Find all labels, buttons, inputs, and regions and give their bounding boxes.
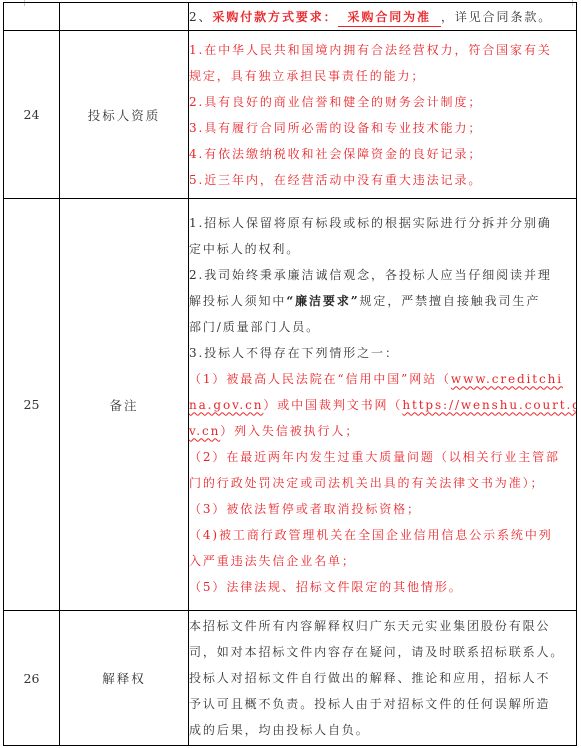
row-number-cell: 24: [4, 31, 60, 199]
remark-line: 部门/质量部门人员。: [189, 314, 576, 340]
exclusion-text: ）或中国裁判文书网（: [263, 398, 402, 412]
remark-line: 2.我司始终秉承廉洁诚信观念，各投标人应当仔细阅读并理: [189, 262, 576, 288]
row-label-cell: 备注: [60, 199, 189, 611]
remark-text: 解投标人须知中: [189, 294, 286, 308]
bid-requirements-table: 2、采购付款方式要求：采购合同为准，详见合同条款。 24 投标人资质 1.在中华…: [3, 2, 577, 746]
exclusion-line: （4)被工商行政管理机关在全国企业信用信息公示系统中列: [189, 522, 576, 548]
interpretation-line: 投标人对招标文件自行做出的解释、推论和应用，招标人不: [189, 665, 576, 691]
integrity-requirement-emphasis: “廉洁要求”: [286, 294, 359, 308]
qualification-line: 规定，具有独立承担民事责任的能力；: [189, 63, 576, 89]
remark-line: 定中标人的权利。: [189, 236, 576, 262]
qualification-line: 2.具有良好的商业信誉和健全的财务会计制度；: [189, 89, 576, 115]
table-row-25: 25 备注 1.招标人保留将原有标段或标的根据实际进行分拆并分别确 定中标人的权…: [4, 199, 577, 611]
interpretation-line: 本招标文件所有内容解释权归广东天元实业集团股份有限公: [189, 613, 576, 639]
exclusion-line: na.gov.cn）或中国裁判文书网（https://wenshu.court.…: [189, 392, 576, 418]
exclusion-line: v.cn）列入失信被执行人；: [189, 418, 576, 444]
row-number-cell: [4, 3, 60, 31]
interpretation-line: 予认可且概不负责。投标人由于对招标文件的任何误解所造: [189, 691, 576, 717]
bidder-qualification-content: 1.在中华人民共和国境内拥有合法经营权力，符合国家有关 规定，具有独立承担民事责…: [189, 31, 577, 199]
remark-line: 解投标人须知中“廉洁要求”规定，严禁擅自接触我司生产: [189, 288, 576, 314]
exclusion-line: （3）被依法暂停或者取消投标资格；: [189, 496, 576, 522]
exclusion-line: 入严重违法失信企业名单；: [189, 548, 576, 574]
qualification-line: 4.有依法缴纳税收和社会保障资金的良好记录；: [189, 141, 576, 167]
exclusion-line: （5）法律法规、招标文件限定的其他情形。: [189, 574, 576, 600]
exclusion-line: （1）被最高人民法院在“信用中国”网站（www.creditchi: [189, 366, 576, 392]
exclusion-text: （1）被最高人民法院在“信用中国”网站（: [189, 372, 451, 386]
row-number-cell: 25: [4, 199, 60, 611]
payment-terms-label: 采购付款方式要求：: [212, 10, 337, 24]
wenshu-url[interactable]: https://wenshu.court.go: [402, 398, 576, 412]
exclusion-line: （2）在最近两年内发生过重大质量问题（以相关行业主管部: [189, 444, 576, 470]
row-number-cell: 26: [4, 611, 60, 746]
interpretation-line: 司，如对本招标文件内容存在疑问，请及时联系招标联系人。: [189, 639, 576, 665]
payment-terms-line: 2、采购付款方式要求：采购合同为准，详见合同条款。: [189, 4, 576, 30]
item-prefix: 2、: [189, 10, 212, 24]
wenshu-url[interactable]: v.cn: [189, 424, 220, 438]
creditchina-url[interactable]: www.creditchi: [451, 372, 563, 386]
row-label-cell: 投标人资质: [60, 31, 189, 199]
remark-line: 1.招标人保留将原有标段或标的根据实际进行分拆并分别确: [189, 210, 576, 236]
remarks-content: 1.招标人保留将原有标段或标的根据实际进行分拆并分别确 定中标人的权利。 2.我…: [189, 199, 577, 611]
remark-line: 3.投标人不得存在下列情形之一：: [189, 340, 576, 366]
qualification-line: 3.具有履行合同所必需的设备和专业技术能力；: [189, 115, 576, 141]
row-content-cell: 2、采购付款方式要求：采购合同为准，详见合同条款。: [189, 3, 577, 31]
remark-text: 规定，严禁擅自接触我司生产: [360, 294, 541, 308]
exclusion-line: 门的行政处罚决定或司法机关出具的有关法律文书为准）；: [189, 470, 576, 496]
qualification-line: 5.近三年内，在经营活动中没有重大违法记录。: [189, 167, 576, 193]
qualification-line: 1.在中华人民共和国境内拥有合法经营权力，符合国家有关: [189, 37, 576, 63]
interpretation-rights-content: 本招标文件所有内容解释权归广东天元实业集团股份有限公 司，如对本招标文件内容存在…: [189, 611, 577, 746]
table-row-partial: 2、采购付款方式要求：采购合同为准，详见合同条款。: [4, 3, 577, 31]
exclusion-text: ）列入失信被执行人；: [220, 424, 359, 438]
row-label-cell: [60, 3, 189, 31]
row-label-cell: 解释权: [60, 611, 189, 746]
creditchina-url[interactable]: na.gov.cn: [189, 398, 263, 412]
payment-terms-value: 采购合同为准: [338, 8, 441, 27]
payment-terms-suffix: ，详见合同条款。: [441, 10, 552, 24]
interpretation-line: 成的后果，均由投标人自负。: [189, 717, 576, 743]
table-row-24: 24 投标人资质 1.在中华人民共和国境内拥有合法经营权力，符合国家有关 规定，…: [4, 31, 577, 199]
table-row-26: 26 解释权 本招标文件所有内容解释权归广东天元实业集团股份有限公 司，如对本招…: [4, 611, 577, 746]
